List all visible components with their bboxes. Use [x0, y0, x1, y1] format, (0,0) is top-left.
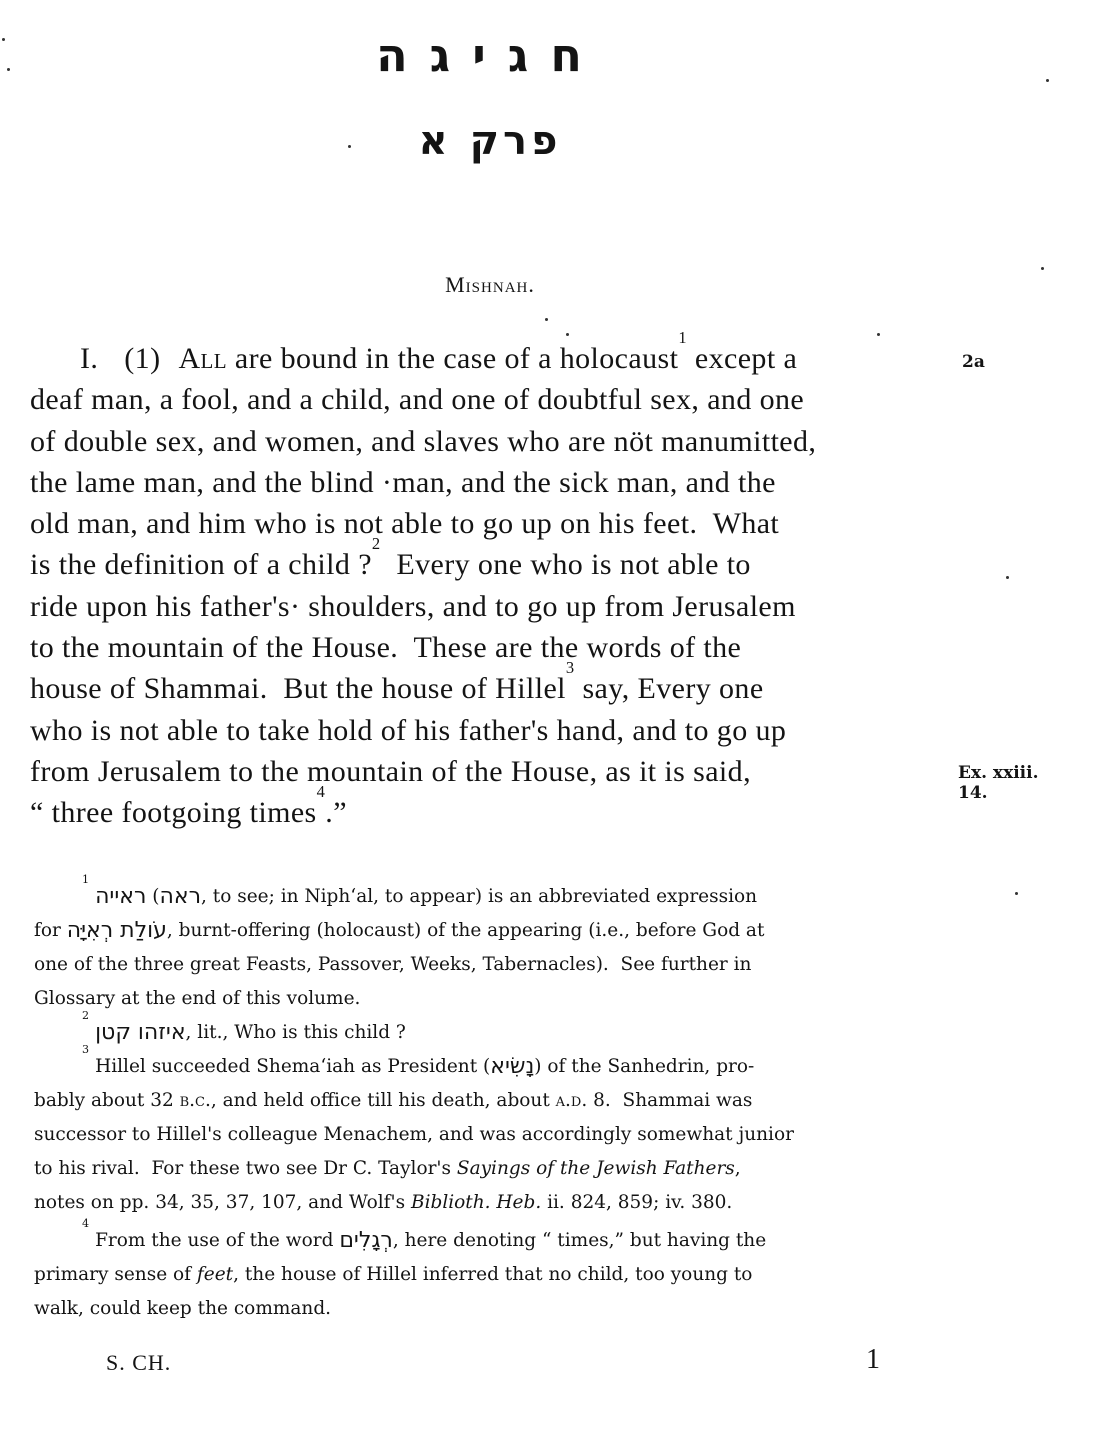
page-number: 1: [866, 1344, 880, 1376]
text-line: from Jerusalem to the mountain of the Ho…: [30, 751, 955, 792]
book-title: Sayings of the Jewish Fathers: [457, 1152, 735, 1186]
scan-speck: [1006, 576, 1009, 579]
footnote-ref[interactable]: 2: [372, 544, 381, 585]
text-span: ) of the Sanhedrin, pro-: [534, 1050, 754, 1084]
text-span: , burnt-offering (holocaust) of the appe…: [167, 914, 765, 948]
scan-speck: [877, 333, 880, 336]
text-span: say, Every one: [575, 668, 764, 709]
text-span: are bound in the case of a holocaust: [227, 338, 678, 379]
text-span: for: [34, 914, 67, 948]
text-line: house of Shammai. But the house of Hille…: [30, 668, 955, 709]
text-span: , and held office till his death, about: [211, 1084, 556, 1118]
section-heading: Mishnah.: [0, 272, 980, 298]
footnote-1-line: Glossary at the end of this volume.: [34, 982, 952, 1016]
text-span: (: [146, 880, 159, 914]
mishnah-number: I.: [80, 338, 98, 379]
emphasis: feet: [197, 1258, 233, 1292]
text-line: ride upon his father's· shoulders, and t…: [30, 586, 955, 627]
footnote-3-line: 3Hillel succeeded Shema‘iah as President…: [34, 1050, 952, 1084]
scan-speck: [545, 318, 548, 321]
text-span: house of Shammai. But the house of Hille…: [30, 668, 566, 709]
text-span: bably about 32: [34, 1084, 180, 1118]
text-span: , lit., Who is this child ?: [186, 1016, 406, 1050]
text-line: of double sex, and women, and slaves who…: [30, 421, 955, 462]
scripture-reference-line: 14.: [958, 783, 1039, 803]
text-line: to the mountain of the House. These are …: [30, 627, 955, 668]
footnote-number: 3: [82, 1050, 89, 1084]
hebrew-term: ראה: [160, 880, 202, 914]
text-span: “ three footgoing times: [30, 792, 317, 833]
text-span: to his rival. For these two see Dr C. Ta…: [34, 1152, 457, 1186]
text-span: Hillel succeeded Shema‘iah as President …: [95, 1050, 490, 1084]
scripture-reference-line: Ex. xxiii.: [958, 763, 1039, 783]
signature-mark: S. CH.: [106, 1350, 171, 1376]
footnote-ref[interactable]: 3: [566, 668, 575, 709]
text-line: deaf man, a fool, and a child, and one o…: [30, 379, 955, 420]
opening-word: All: [178, 338, 227, 379]
text-line: “ three footgoing times4.”: [30, 792, 955, 833]
footnote-number: 4: [82, 1224, 89, 1258]
text-line: I. (1) All are bound in the case of a ho…: [30, 338, 955, 379]
text-line: the lame man, and the blind ·man, and th…: [30, 462, 955, 503]
text-span: From the use of the word: [95, 1224, 339, 1258]
mishnah-text: I. (1) All are bound in the case of a ho…: [30, 338, 955, 834]
hebrew-term: ראייה: [95, 880, 146, 914]
footnote-4-line: primary sense of feet, the house of Hill…: [34, 1258, 952, 1292]
tractate-title: חגיגה: [0, 28, 980, 82]
footnote-1-line: one of the three great Feasts, Passover,…: [34, 948, 952, 982]
scan-speck: [566, 333, 569, 336]
footnote-3-line: notes on pp. 34, 35, 37, 107, and Wolf's…: [34, 1186, 952, 1220]
footnote-ref[interactable]: 1: [678, 338, 687, 379]
footnote-2-line: 2איזהו קטן, lit., Who is this child ?: [34, 1016, 952, 1050]
text-span: is the definition of a child ?: [30, 544, 372, 585]
footnote-number: 1: [82, 880, 89, 914]
footnote-4-line: 4From the use of the word רְגָלִים, here…: [34, 1224, 952, 1258]
footnote-1-line: for עֹולַת רְאִיָּה, burnt-offering (hol…: [34, 914, 952, 948]
text-span: notes on pp. 34, 35, 37, 107, and Wolf's: [34, 1186, 411, 1220]
footnote-3-line: to his rival. For these two see Dr C. Ta…: [34, 1152, 952, 1186]
text-span: ,: [735, 1152, 741, 1186]
footnotes: 1ראייה (ראה, to see; in Niph‘al, to appe…: [34, 880, 952, 1326]
footnote-1-line: 1ראייה (ראה, to see; in Niph‘al, to appe…: [34, 880, 952, 914]
clause-number: (1): [124, 338, 160, 379]
text-span: primary sense of: [34, 1258, 197, 1292]
text-line: who is not able to take hold of his fath…: [30, 710, 955, 751]
footnote-3-line: bably about 32 b.c., and held office til…: [34, 1084, 952, 1118]
hebrew-term: נָשִׂיא: [490, 1050, 534, 1084]
text-span: Every one who is not able to: [381, 544, 751, 585]
text-span: , to see; in Niph‘al, to appear) is an a…: [201, 880, 757, 914]
scan-speck: [1015, 892, 1018, 895]
era-abbrev: a.d.: [556, 1084, 588, 1118]
footnote-ref[interactable]: 4: [317, 792, 326, 833]
hebrew-term: רְגָלִים: [339, 1224, 393, 1258]
folio-marker: 2a: [962, 352, 985, 372]
hebrew-term: איזהו קטן: [95, 1016, 185, 1050]
text-span: 8. Shammai was: [587, 1084, 752, 1118]
scripture-reference: Ex. xxiii. 14.: [958, 763, 1039, 803]
text-span: except a: [687, 338, 797, 379]
text-line: is the definition of a child ?2 Every on…: [30, 544, 955, 585]
text-line: old man, and him who is not able to go u…: [30, 503, 955, 544]
scan-speck: [1041, 267, 1044, 270]
hebrew-term: עֹולַת רְאִיָּה: [67, 914, 167, 948]
chapter-heading: פרק א: [0, 118, 980, 164]
book-title: Biblioth. Heb.: [411, 1186, 541, 1220]
text-span: .”: [325, 792, 347, 833]
footnote-3-line: successor to Hillel's colleague Menachem…: [34, 1118, 952, 1152]
text-span: , here denoting “ times,” but having the: [393, 1224, 766, 1258]
era-abbrev: b.c.: [180, 1084, 211, 1118]
footnote-4-line: walk, could keep the command.: [34, 1292, 952, 1326]
scan-speck: [1046, 79, 1049, 82]
text-span: , the house of Hillel inferred that no c…: [233, 1258, 752, 1292]
text-span: ii. 824, 859; iv. 380.: [541, 1186, 732, 1220]
